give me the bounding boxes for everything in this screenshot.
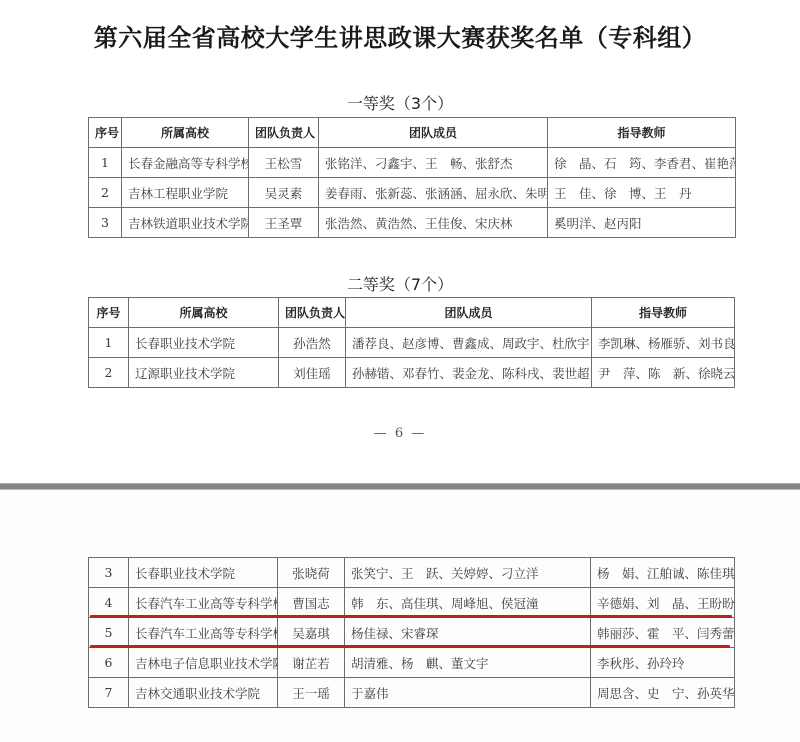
cell-advisors: 韩丽莎、霍 平、闫秀蕾 bbox=[591, 618, 735, 648]
table-row: 3 长春职业技术学院 张晓荷 张笑宁、王 跃、关婷婷、刁立洋 杨 娟、江舶诚、陈… bbox=[89, 558, 735, 588]
column-header-members: 团队成员 bbox=[319, 118, 548, 148]
second-prize-heading: 二等奖（7个） bbox=[0, 272, 800, 295]
cell-members: 孙赫锴、邓春竹、裴金龙、陈科戌、裴世超 bbox=[346, 358, 592, 388]
table-row: 2 吉林工程职业学院 吴灵素 姜春雨、张新蕊、张涵涵、屈永欣、朱明琨 王 佳、徐… bbox=[89, 178, 736, 208]
cell-school: 吉林工程职业学院 bbox=[122, 178, 249, 208]
column-header-advisors: 指导教师 bbox=[592, 298, 735, 328]
cell-school: 长春职业技术学院 bbox=[129, 328, 279, 358]
cell-school: 吉林交通职业技术学院 bbox=[129, 678, 278, 708]
table-header-row: 序号 所属高校 团队负责人 团队成员 指导教师 bbox=[89, 298, 735, 328]
cell-school: 长春汽车工业高等专科学校 bbox=[129, 588, 278, 618]
cell-index: 2 bbox=[89, 358, 129, 388]
cell-leader: 王圣覃 bbox=[249, 208, 319, 238]
column-header-leader: 团队负责人 bbox=[279, 298, 346, 328]
cell-index: 3 bbox=[89, 558, 129, 588]
cell-members: 于嘉伟 bbox=[345, 678, 591, 708]
cell-index: 4 bbox=[89, 588, 129, 618]
column-header-advisors: 指导教师 bbox=[548, 118, 736, 148]
second-prize-table-continued: 3 长春职业技术学院 张晓荷 张笑宁、王 跃、关婷婷、刁立洋 杨 娟、江舶诚、陈… bbox=[88, 557, 735, 708]
cell-leader: 吴嘉琪 bbox=[278, 618, 345, 648]
cell-leader: 王一瑶 bbox=[278, 678, 345, 708]
cell-index: 3 bbox=[89, 208, 122, 238]
cell-advisors: 杨 娟、江舶诚、陈佳琪 bbox=[591, 558, 735, 588]
cell-leader: 谢芷若 bbox=[278, 648, 345, 678]
page-number: — 6 — bbox=[0, 426, 800, 441]
cell-school: 吉林铁道职业技术学院 bbox=[122, 208, 249, 238]
cell-index: 6 bbox=[89, 648, 129, 678]
cell-index: 1 bbox=[89, 328, 129, 358]
cell-school: 吉林电子信息职业技术学院 bbox=[129, 648, 278, 678]
table-row: 6 吉林电子信息职业技术学院 谢芷若 胡清雅、杨 麒、董文宇 李秋彤、孙玲玲 bbox=[89, 648, 735, 678]
cell-advisors: 王 佳、徐 博、王 丹 bbox=[548, 178, 736, 208]
cell-school: 长春金融高等专科学校 bbox=[122, 148, 249, 178]
red-underline-annotation bbox=[90, 615, 732, 618]
cell-index: 7 bbox=[89, 678, 129, 708]
cell-members: 姜春雨、张新蕊、张涵涵、屈永欣、朱明琨 bbox=[319, 178, 548, 208]
cell-advisors: 辛德娟、刘 晶、王盼盼 bbox=[591, 588, 735, 618]
table-row: 7 吉林交通职业技术学院 王一瑶 于嘉伟 周思含、史 宁、孙英华 bbox=[89, 678, 735, 708]
cell-leader: 张晓荷 bbox=[278, 558, 345, 588]
column-header-index: 序号 bbox=[89, 118, 122, 148]
cell-leader: 吴灵素 bbox=[249, 178, 319, 208]
cell-school: 长春职业技术学院 bbox=[129, 558, 278, 588]
column-header-index: 序号 bbox=[89, 298, 129, 328]
cell-members: 张铭洋、刁鑫宇、王 畅、张舒杰 bbox=[319, 148, 548, 178]
column-header-school: 所属高校 bbox=[122, 118, 249, 148]
cell-members: 潘荐良、赵彦博、曹鑫成、周政宇、杜欣宇 bbox=[346, 328, 592, 358]
cell-members: 胡清雅、杨 麒、董文宇 bbox=[345, 648, 591, 678]
cell-advisors: 徐 晶、石 筠、李香君、崔艳萍 bbox=[548, 148, 736, 178]
red-underline-annotation bbox=[90, 645, 730, 648]
table-row: 2 辽源职业技术学院 刘佳瑶 孙赫锴、邓春竹、裴金龙、陈科戌、裴世超 尹 萍、陈… bbox=[89, 358, 735, 388]
first-prize-heading: 一等奖（3个） bbox=[0, 91, 800, 114]
table-row: 1 长春金融高等专科学校 王松雪 张铭洋、刁鑫宇、王 畅、张舒杰 徐 晶、石 筠… bbox=[89, 148, 736, 178]
cell-school: 辽源职业技术学院 bbox=[129, 358, 279, 388]
cell-advisors: 李秋彤、孙玲玲 bbox=[591, 648, 735, 678]
document-page-6: 第六届全省高校大学生讲思政课大赛获奖名单（专科组） 一等奖（3个） 序号 所属高… bbox=[0, 0, 800, 483]
cell-leader: 孙浩然 bbox=[279, 328, 346, 358]
cell-leader: 曹国志 bbox=[278, 588, 345, 618]
document-title: 第六届全省高校大学生讲思政课大赛获奖名单（专科组） bbox=[0, 18, 800, 53]
cell-advisors: 尹 萍、陈 新、徐晓云 bbox=[592, 358, 735, 388]
cell-advisors: 周思含、史 宁、孙英华 bbox=[591, 678, 735, 708]
table-header-row: 序号 所属高校 团队负责人 团队成员 指导教师 bbox=[89, 118, 736, 148]
cell-members: 张笑宁、王 跃、关婷婷、刁立洋 bbox=[345, 558, 591, 588]
cell-leader: 刘佳瑶 bbox=[279, 358, 346, 388]
table-row-highlighted: 4 长春汽车工业高等专科学校 曹国志 韩 东、高佳琪、周峰旭、侯冠潼 辛德娟、刘… bbox=[89, 588, 735, 618]
cell-index: 2 bbox=[89, 178, 122, 208]
column-header-school: 所属高校 bbox=[129, 298, 279, 328]
column-header-members: 团队成员 bbox=[346, 298, 592, 328]
cell-index: 1 bbox=[89, 148, 122, 178]
cell-school: 长春汽车工业高等专科学校 bbox=[129, 618, 278, 648]
first-prize-table: 序号 所属高校 团队负责人 团队成员 指导教师 1 长春金融高等专科学校 王松雪… bbox=[88, 117, 736, 238]
cell-leader: 王松雪 bbox=[249, 148, 319, 178]
cell-members: 韩 东、高佳琪、周峰旭、侯冠潼 bbox=[345, 588, 591, 618]
column-header-leader: 团队负责人 bbox=[249, 118, 319, 148]
cell-advisors: 奚明洋、赵丙阳 bbox=[548, 208, 736, 238]
cell-index: 5 bbox=[89, 618, 129, 648]
cell-advisors: 李凯琳、杨雁骄、刘书良 bbox=[592, 328, 735, 358]
cell-members: 张浩然、黄浩然、王佳俊、宋庆林 bbox=[319, 208, 548, 238]
second-prize-table: 序号 所属高校 团队负责人 团队成员 指导教师 1 长春职业技术学院 孙浩然 潘… bbox=[88, 297, 735, 388]
table-row: 1 长春职业技术学院 孙浩然 潘荐良、赵彦博、曹鑫成、周政宇、杜欣宇 李凯琳、杨… bbox=[89, 328, 735, 358]
table-row-highlighted: 5 长春汽车工业高等专科学校 吴嘉琪 杨佳禄、宋睿琛 韩丽莎、霍 平、闫秀蕾 bbox=[89, 618, 735, 648]
table-row: 3 吉林铁道职业技术学院 王圣覃 张浩然、黄浩然、王佳俊、宋庆林 奚明洋、赵丙阳 bbox=[89, 208, 736, 238]
page-separator bbox=[0, 483, 800, 490]
cell-members: 杨佳禄、宋睿琛 bbox=[345, 618, 591, 648]
